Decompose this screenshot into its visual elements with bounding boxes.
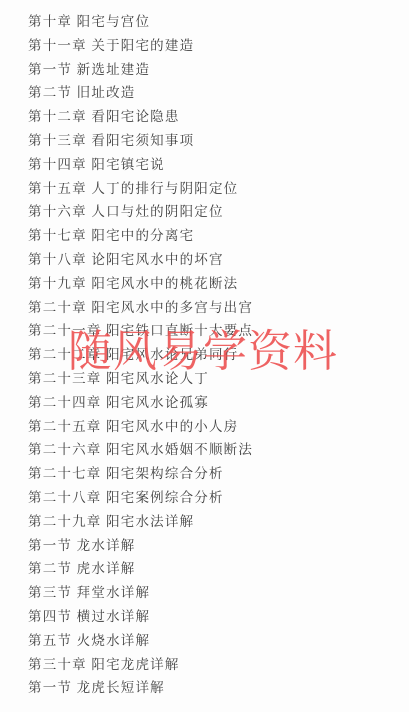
toc-item: 第二十八章 阳宅案例综合分析 (28, 486, 399, 510)
toc-item: 第二节 旧址改造 (28, 81, 399, 105)
toc-item: 第十二章 看阳宅论隐患 (28, 105, 399, 129)
toc-item: 第五节 火烧水详解 (28, 629, 399, 653)
toc-item: 第二十二章 阳宅风水论兄弟同行 (28, 343, 399, 367)
toc-item: 第十三章 看阳宅须知事项 (28, 129, 399, 153)
toc-item: 第十章 阳宅与宫位 (28, 10, 399, 34)
toc-item: 第十四章 阳宅镇宅说 (28, 153, 399, 177)
toc-item: 第十八章 论阳宅风水中的坏宫 (28, 248, 399, 272)
toc-item: 第二十章 阳宅风水中的多宫与出宫 (28, 296, 399, 320)
toc-item: 第二十六章 阳宅风水婚姻不顺断法 (28, 438, 399, 462)
toc-item: 第十五章 人丁的排行与阴阳定位 (28, 177, 399, 201)
toc-item: 第二十九章 阳宅水法详解 (28, 510, 399, 534)
toc-item: 第二十四章 阳宅风水论孤寡 (28, 391, 399, 415)
scanned-document-page: 第十章 阳宅与宫位第十一章 关于阳宅的建造第一节 新选址建造第二节 旧址改造第十… (0, 0, 409, 712)
toc-item: 第三十章 阳宅龙虎详解 (28, 653, 399, 677)
table-of-contents: 第十章 阳宅与宫位第十一章 关于阳宅的建造第一节 新选址建造第二节 旧址改造第十… (28, 10, 399, 700)
toc-item: 第一节 龙虎长短详解 (28, 676, 399, 700)
toc-item: 第十六章 人口与灶的阴阳定位 (28, 200, 399, 224)
toc-item: 第一节 新选址建造 (28, 58, 399, 82)
toc-item: 第十一章 关于阳宅的建造 (28, 34, 399, 58)
toc-item: 第十九章 阳宅风水中的桃花断法 (28, 272, 399, 296)
toc-item: 第二十五章 阳宅风水中的小人房 (28, 415, 399, 439)
toc-item: 第二十一章 阳宅铁口直断十大要点 (28, 319, 399, 343)
toc-item: 第一节 龙水详解 (28, 534, 399, 558)
toc-item: 第四节 横过水详解 (28, 605, 399, 629)
toc-item: 第二十三章 阳宅风水论人丁 (28, 367, 399, 391)
toc-item: 第三节 拜堂水详解 (28, 581, 399, 605)
toc-item: 第二节 虎水详解 (28, 557, 399, 581)
toc-item: 第二十七章 阳宅架构综合分析 (28, 462, 399, 486)
toc-item: 第十七章 阳宅中的分离宅 (28, 224, 399, 248)
